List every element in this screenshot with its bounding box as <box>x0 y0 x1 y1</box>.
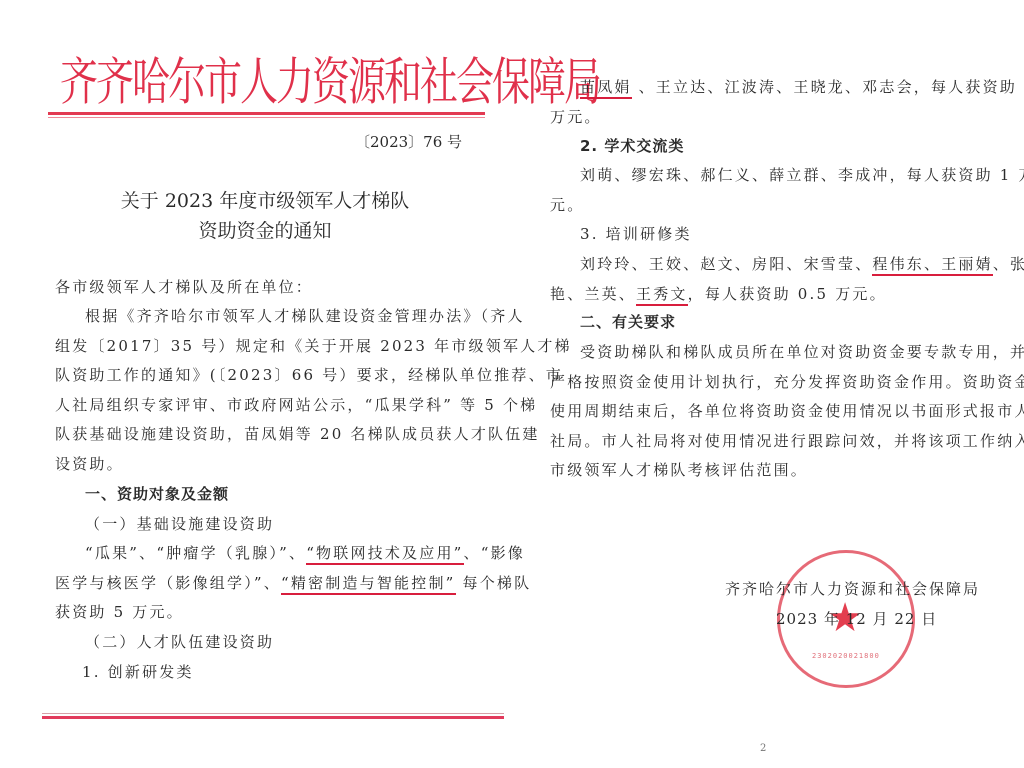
sub1-paragraph: “瓜果”、“肿瘤学（乳腺）”、“物联网技术及应用”、“影像 医学与核医学（影像组… <box>55 539 531 628</box>
item1-heading: 1. 创新研发类 <box>82 658 194 688</box>
text-segment: 医学与核医学（影像组学）”、 <box>55 574 281 592</box>
page-number: 2 <box>760 743 766 754</box>
requirement-line: 市级领军人才梯队考核评估范围。 <box>550 456 1024 486</box>
sub1-line1: “瓜果”、“肿瘤学（乳腺）”、“物联网技术及应用”、“影像 <box>55 539 531 569</box>
requirement-line: 严格按照资金使用计划执行，充分发挥资助资金作用。资助资金 <box>550 368 1024 398</box>
requirement-line: 受资助梯队和梯队成员所在单位对资助资金要专款专用，并 <box>550 338 1024 368</box>
item2-paragraph: 刘萌、缪宏珠、郝仁义、薛立群、李成冲，每人获资助 1 万 元。 <box>550 161 1024 220</box>
text-segment: 每个梯队 <box>456 574 532 592</box>
intro-line: 队获基础设施建设资助，苗凤娟等 20 名梯队成员获人才队伍建 <box>55 420 572 450</box>
text-segment: 、“影像 <box>464 544 525 562</box>
item2-heading: 2. 学术交流类 <box>580 132 684 162</box>
item3-paragraph: 刘玲玲、王姣、赵文、房阳、宋雪莹、程伟东、王丽婧、张 艳、兰英、王秀文，每人获资… <box>550 250 1024 309</box>
text-segment: “瓜果”、“肿瘤学（乳腺）”、 <box>85 544 306 562</box>
underlined-name: 王秀文 <box>636 285 688 306</box>
text-segment: 刘玲玲、王姣、赵文、房阳、宋雪莹、 <box>580 255 872 273</box>
text-segment: 、张 <box>993 255 1024 273</box>
section2-heading: 二、有关要求 <box>580 308 676 338</box>
item3-heading: 3. 培训研修类 <box>580 220 692 250</box>
requirements-paragraph: 受资助梯队和梯队成员所在单位对资助资金要专款专用，并 严格按照资金使用计划执行，… <box>550 338 1024 486</box>
underlined-team-iot: “物联网技术及应用” <box>306 544 463 565</box>
intro-line: 设资助。 <box>55 450 572 480</box>
document-title-line1: 关于 2023 年度市级领军人才梯队 <box>60 186 470 216</box>
item3-line1: 刘玲玲、王姣、赵文、房阳、宋雪莹、程伟东、王丽婧、张 <box>550 250 1024 280</box>
item1-line1: 苗凤娟 、王立达、江波涛、王晓龙、邓志会，每人获资助 3 <box>550 73 1024 103</box>
text-segment: ，每人获资助 0.5 万元。 <box>688 285 887 303</box>
intro-line: 人社局组织专家评审、市政府网站公示，“瓜果学科” 等 5 个梯 <box>55 391 572 421</box>
requirement-line: 使用周期结束后，各单位将资助资金使用情况以书面形式报市人 <box>550 397 1024 427</box>
intro-line: 队资助工作的通知》(〔2023〕66 号）要求，经梯队单位推荐、市 <box>55 361 572 391</box>
footer-red-rule-thin <box>42 713 504 714</box>
item3-line2: 艳、兰英、王秀文，每人获资助 0.5 万元。 <box>550 280 1024 310</box>
intro-line: 根据《齐齐哈尔市领军人才梯队建设资金管理办法》（齐人 <box>55 302 572 332</box>
sub1-heading: （一）基础设施建设资助 <box>85 510 274 540</box>
letterhead-red-rule <box>48 112 485 115</box>
text-segment: 艳、兰英、 <box>550 285 636 303</box>
underlined-team-precision-manufacturing: “精密制造与智能控制” <box>281 574 456 595</box>
salutation: 各市级领军人才梯队及所在单位： <box>55 273 313 303</box>
item1-line2: 万元。 <box>550 103 1024 133</box>
intro-paragraph: 根据《齐齐哈尔市领军人才梯队建设资金管理办法》（齐人 组发〔2017〕35 号）… <box>55 302 572 479</box>
item1-paragraph: 苗凤娟 、王立达、江波涛、王晓龙、邓志会，每人获资助 3 万元。 <box>550 73 1024 132</box>
seal-code: 2302020021800 <box>812 652 880 660</box>
letterhead-red-rule-thin <box>48 117 485 118</box>
signature-org: 齐齐哈尔市人力资源和社会保障局 <box>725 578 980 599</box>
document-title: 关于 2023 年度市级领军人才梯队 资助资金的通知 <box>60 186 470 246</box>
item2-line1: 刘萌、缪宏珠、郝仁义、薛立群、李成冲，每人获资助 1 万 <box>550 161 1024 191</box>
intro-line: 组发〔2017〕35 号）规定和《关于开展 2023 年市级领军人才梯 <box>55 332 572 362</box>
sub1-line3: 获资助 5 万元。 <box>55 598 531 628</box>
text-segment: 、王立达、江波涛、王晓龙、邓志会，每人获资助 3 <box>632 78 1024 96</box>
footer-red-rule <box>42 716 504 719</box>
document-number: 〔2023〕76 号 <box>355 131 462 152</box>
underlined-names: 程伟东、王丽婧 <box>872 255 992 276</box>
letterhead-org-name: 齐齐哈尔市人力资源和社会保障局 <box>60 40 470 114</box>
item2-line2: 元。 <box>550 191 1024 221</box>
document-title-line2: 资助资金的通知 <box>60 216 470 246</box>
underlined-name: 苗凤娟 <box>580 78 632 99</box>
requirement-line: 社局。市人社局将对使用情况进行跟踪问效，并将该项工作纳入 <box>550 427 1024 457</box>
sub1-line2: 医学与核医学（影像组学）”、“精密制造与智能控制” 每个梯队 <box>55 569 531 599</box>
section1-heading: 一、资助对象及金额 <box>85 480 229 510</box>
sub2-heading: （二）人才队伍建设资助 <box>85 628 274 658</box>
signature-date: 2023 年 12 月 22 日 <box>776 608 937 629</box>
